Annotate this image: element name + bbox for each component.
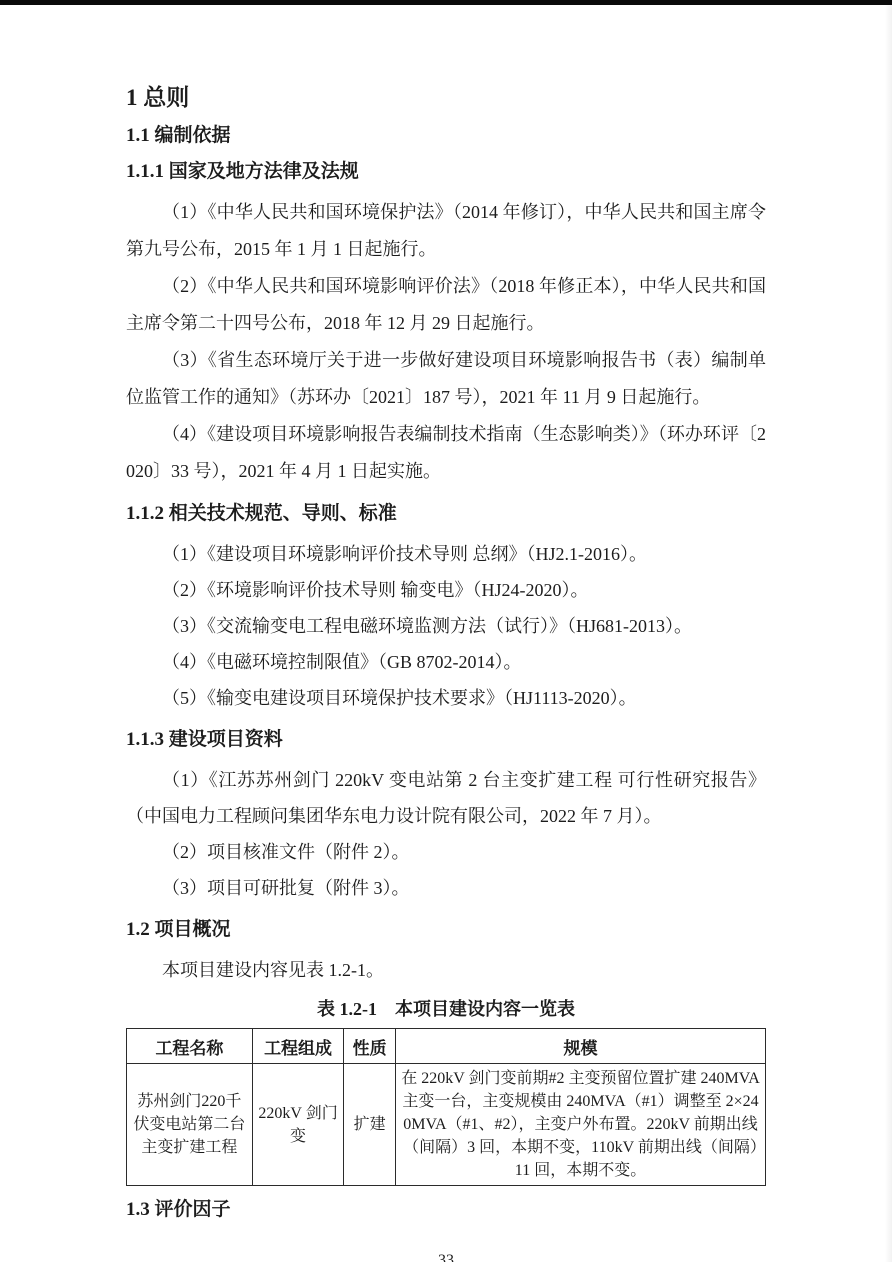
page-number: 33 <box>126 1252 766 1262</box>
table-row: 苏州剑门220千伏变电站第二台主变扩建工程 220kV 剑门变 扩建 在 220… <box>127 1064 766 1186</box>
heading-section-1-1-2: 1.1.2 相关技术规范、导则、标准 <box>126 502 766 526</box>
paragraph-standard-2: （2）《环境影响评价技术导则 输变电》（HJ24-2020）。 <box>126 572 766 608</box>
cell-project-composition: 220kV 剑门变 <box>252 1064 343 1186</box>
paragraph-standard-4: （4）《电磁环境控制限值》（GB 8702-2014）。 <box>126 644 766 680</box>
heading-section-1-2: 1.2 项目概况 <box>126 918 766 942</box>
paragraph-standard-1: （1）《建设项目环境影响评价技术导则 总纲》（HJ2.1-2016）。 <box>126 536 766 572</box>
heading-chapter-1: 1 总则 <box>126 84 766 112</box>
paragraph-material-1: （1）《江苏苏州剑门 220kV 变电站第 2 台主变扩建工程 可行性研究报告》… <box>126 762 766 834</box>
column-header-project-composition: 工程组成 <box>252 1029 343 1064</box>
cell-nature: 扩建 <box>344 1064 396 1186</box>
paragraph-law-1: （1）《中华人民共和国环境保护法》（2014 年修订），中华人民共和国主席令第九… <box>126 194 766 268</box>
column-header-project-name: 工程名称 <box>127 1029 253 1064</box>
table-caption: 表 1.2-1 本项目建设内容一览表 <box>126 996 766 1022</box>
heading-section-1-1: 1.1 编制依据 <box>126 124 766 148</box>
cell-project-name: 苏州剑门220千伏变电站第二台主变扩建工程 <box>127 1064 253 1186</box>
column-header-nature: 性质 <box>344 1029 396 1064</box>
column-header-scale: 规模 <box>396 1029 766 1064</box>
document-page: 1 总则 1.1 编制依据 1.1.1 国家及地方法律及法规 （1）《中华人民共… <box>0 0 892 1262</box>
heading-section-1-1-1: 1.1.1 国家及地方法律及法规 <box>126 160 766 184</box>
project-content-table: 工程名称 工程组成 性质 规模 苏州剑门220千伏变电站第二台主变扩建工程 22… <box>126 1028 766 1186</box>
table-header-row: 工程名称 工程组成 性质 规模 <box>127 1029 766 1064</box>
paragraph-law-2: （2）《中华人民共和国环境影响评价法》（2018 年修正本），中华人民共和国主席… <box>126 268 766 342</box>
heading-section-1-3: 1.3 评价因子 <box>126 1198 766 1222</box>
cell-scale: 在 220kV 剑门变前期#2 主变预留位置扩建 240MVA 主变一台，主变规… <box>396 1064 766 1186</box>
paragraph-standard-5: （5）《输变电建设项目环境保护技术要求》（HJ1113-2020）。 <box>126 680 766 716</box>
heading-section-1-1-3: 1.1.3 建设项目资料 <box>126 728 766 752</box>
paragraph-material-3: （3）项目可研批复（附件 3）。 <box>126 870 766 906</box>
paragraph-standard-3: （3）《交流输变电工程电磁环境监测方法（试行）》（HJ681-2013）。 <box>126 608 766 644</box>
paragraph-law-4: （4）《建设项目环境影响报告表编制技术指南（生态影响类）》（环办环评〔2020〕… <box>126 416 766 490</box>
paragraph-overview-intro: 本项目建设内容见表 1.2-1。 <box>126 952 766 988</box>
paragraph-law-3: （3）《省生态环境厅关于进一步做好建设项目环境影响报告书（表）编制单位监管工作的… <box>126 342 766 416</box>
paragraph-material-2: （2）项目核准文件（附件 2）。 <box>126 834 766 870</box>
